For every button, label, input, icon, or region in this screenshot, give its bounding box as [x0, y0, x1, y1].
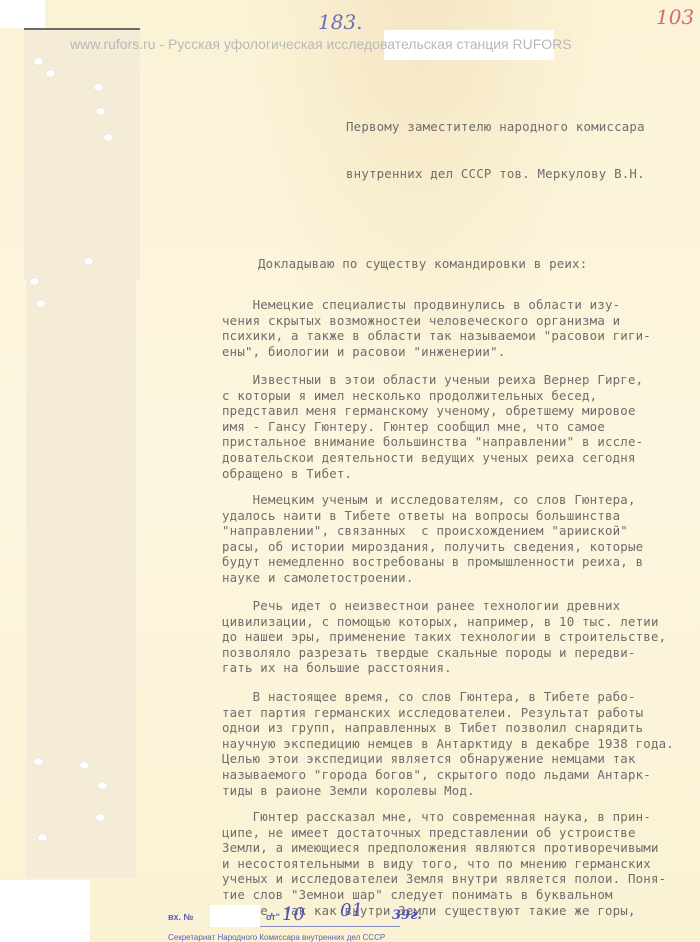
typed-line: ученых и исследователеи Земля внутри явл…	[222, 871, 666, 887]
binding-hole	[98, 782, 107, 789]
typed-line: Гюнтер рассказал мне, что современная на…	[222, 809, 666, 825]
scan-margin	[0, 0, 45, 28]
binding-hole	[104, 134, 113, 141]
typed-line: ципе, не имеет достаточных представлении…	[222, 825, 666, 841]
binding-strip	[26, 278, 136, 878]
typed-line: тие слов "Земнои шар" следует понимать в…	[222, 887, 666, 903]
typed-line: с которыи я имел несколько продолжительн…	[222, 388, 643, 404]
binding-hole	[94, 84, 103, 91]
typed-line: "направлении", связанных с происхождение…	[222, 523, 643, 539]
binding-hole	[34, 58, 43, 65]
typed-line: позволяло разрезать твердые скальные пор…	[222, 645, 666, 661]
typed-line: науке и самолетостроении.	[222, 570, 643, 586]
typed-line: В настоящее время, со слов Гюнтера, в Ти…	[222, 689, 674, 705]
binding-strip	[24, 28, 140, 280]
paragraph: В настоящее время, со слов Гюнтера, в Ти…	[222, 689, 674, 798]
typed-line: Речь идет о неизвестнои ранее технологии…	[222, 598, 666, 614]
typed-line: гать их на большие расстояния.	[222, 660, 666, 676]
binding-hole	[34, 758, 43, 765]
typed-line: ены", биологии и расовои "инженерии".	[222, 344, 651, 360]
scan-margin	[0, 880, 90, 942]
binding-hole	[46, 70, 55, 77]
typed-line: довательскои деятельности ведущих ученых…	[222, 450, 643, 466]
typed-line: Известныи в этои области ученыи реиха Ве…	[222, 372, 643, 388]
typed-line: Целью этои экспедиции является обнаружен…	[222, 751, 674, 767]
redacted-number	[210, 905, 260, 927]
typed-line: Немецкие специалисты продвинулись в обла…	[222, 297, 651, 313]
binding-hole	[96, 814, 105, 821]
date-day: 10	[282, 904, 305, 925]
intro-line: Докладываю по существу командировки в ре…	[258, 256, 587, 272]
addressee-line: Первому заместителю народного комиссара	[346, 119, 645, 135]
typed-line: цивилизации, с помощью которых, например…	[222, 614, 666, 630]
binding-hole	[96, 108, 105, 115]
typed-line: удалось наити в Тибете ответы на вопросы…	[222, 508, 643, 524]
paragraph: Немецкие специалисты продвинулись в обла…	[222, 297, 651, 359]
typed-line: называемого "города богов", скрытого под…	[222, 767, 674, 783]
paragraph: Известныи в этои области ученыи реиха Ве…	[222, 372, 643, 481]
paragraph: Речь идет о неизвестнои ранее технологии…	[222, 598, 666, 676]
typed-line: психики, а также в области так называемо…	[222, 328, 651, 344]
stamp-underline	[260, 926, 400, 927]
typed-line: Немецким ученым и исследователям, со сло…	[222, 492, 643, 508]
date-label: от"	[266, 912, 280, 922]
date-month: 01	[340, 900, 363, 921]
typed-line: тиды в раионе Земли королевы Мод.	[222, 783, 674, 799]
addressee-line: внутренних дел СССР тов. Меркулову В.Н.	[346, 166, 645, 182]
document-page: 183. 103 www.rufors.ru - Русская уфологи…	[0, 0, 700, 942]
binding-hole	[30, 278, 39, 285]
typed-line: обращено в Тибет.	[222, 466, 643, 482]
typed-line: будут немедленно востребованы в промышле…	[222, 554, 643, 570]
typed-line: пристальное внимание большинства "направ…	[222, 434, 643, 450]
typed-line: представил меня германскому ученому, обр…	[222, 403, 643, 419]
typed-line: однои из групп, направленных в Тибет поз…	[222, 720, 674, 736]
binding-hole	[80, 762, 89, 769]
binding-hole	[38, 834, 47, 841]
binding-hole	[84, 258, 93, 265]
registration-stamp-prefix: вх. №	[168, 912, 194, 922]
secretariat-stamp: Секретариат Народного Комиссара внутренн…	[168, 933, 385, 942]
archive-page-number: 183.	[318, 10, 363, 34]
sheet-number: 103	[656, 5, 694, 29]
typed-line: чения скрытых возможностеи человеческого…	[222, 313, 651, 329]
typed-line: расы, об истории мироздания, получить св…	[222, 539, 643, 555]
typed-line: имя - Гансу Гюнтеру. Гюнтер сообщил мне,…	[222, 419, 643, 435]
typed-line: тает партия германских исследователеи. Р…	[222, 705, 674, 721]
paragraph: Немецким ученым и исследователям, со сло…	[222, 492, 643, 586]
paragraph: Гюнтер рассказал мне, что современная на…	[222, 809, 666, 918]
watermark: www.rufors.ru - Русская уфологическая ис…	[70, 36, 572, 52]
typed-line: и несостоятельными в виду того, что по м…	[222, 856, 666, 872]
binding-hole	[36, 300, 45, 307]
addressee: Первому заместителю народного комиссара …	[346, 88, 645, 213]
typed-line: научную экспедицию немцев в Антарктиду в…	[222, 736, 674, 752]
date-year: 39г.	[392, 908, 422, 923]
typed-line: Земли, а имеющиеся предположения являютс…	[222, 840, 666, 856]
typed-line: до нашеи эры, применение таких технологи…	[222, 629, 666, 645]
